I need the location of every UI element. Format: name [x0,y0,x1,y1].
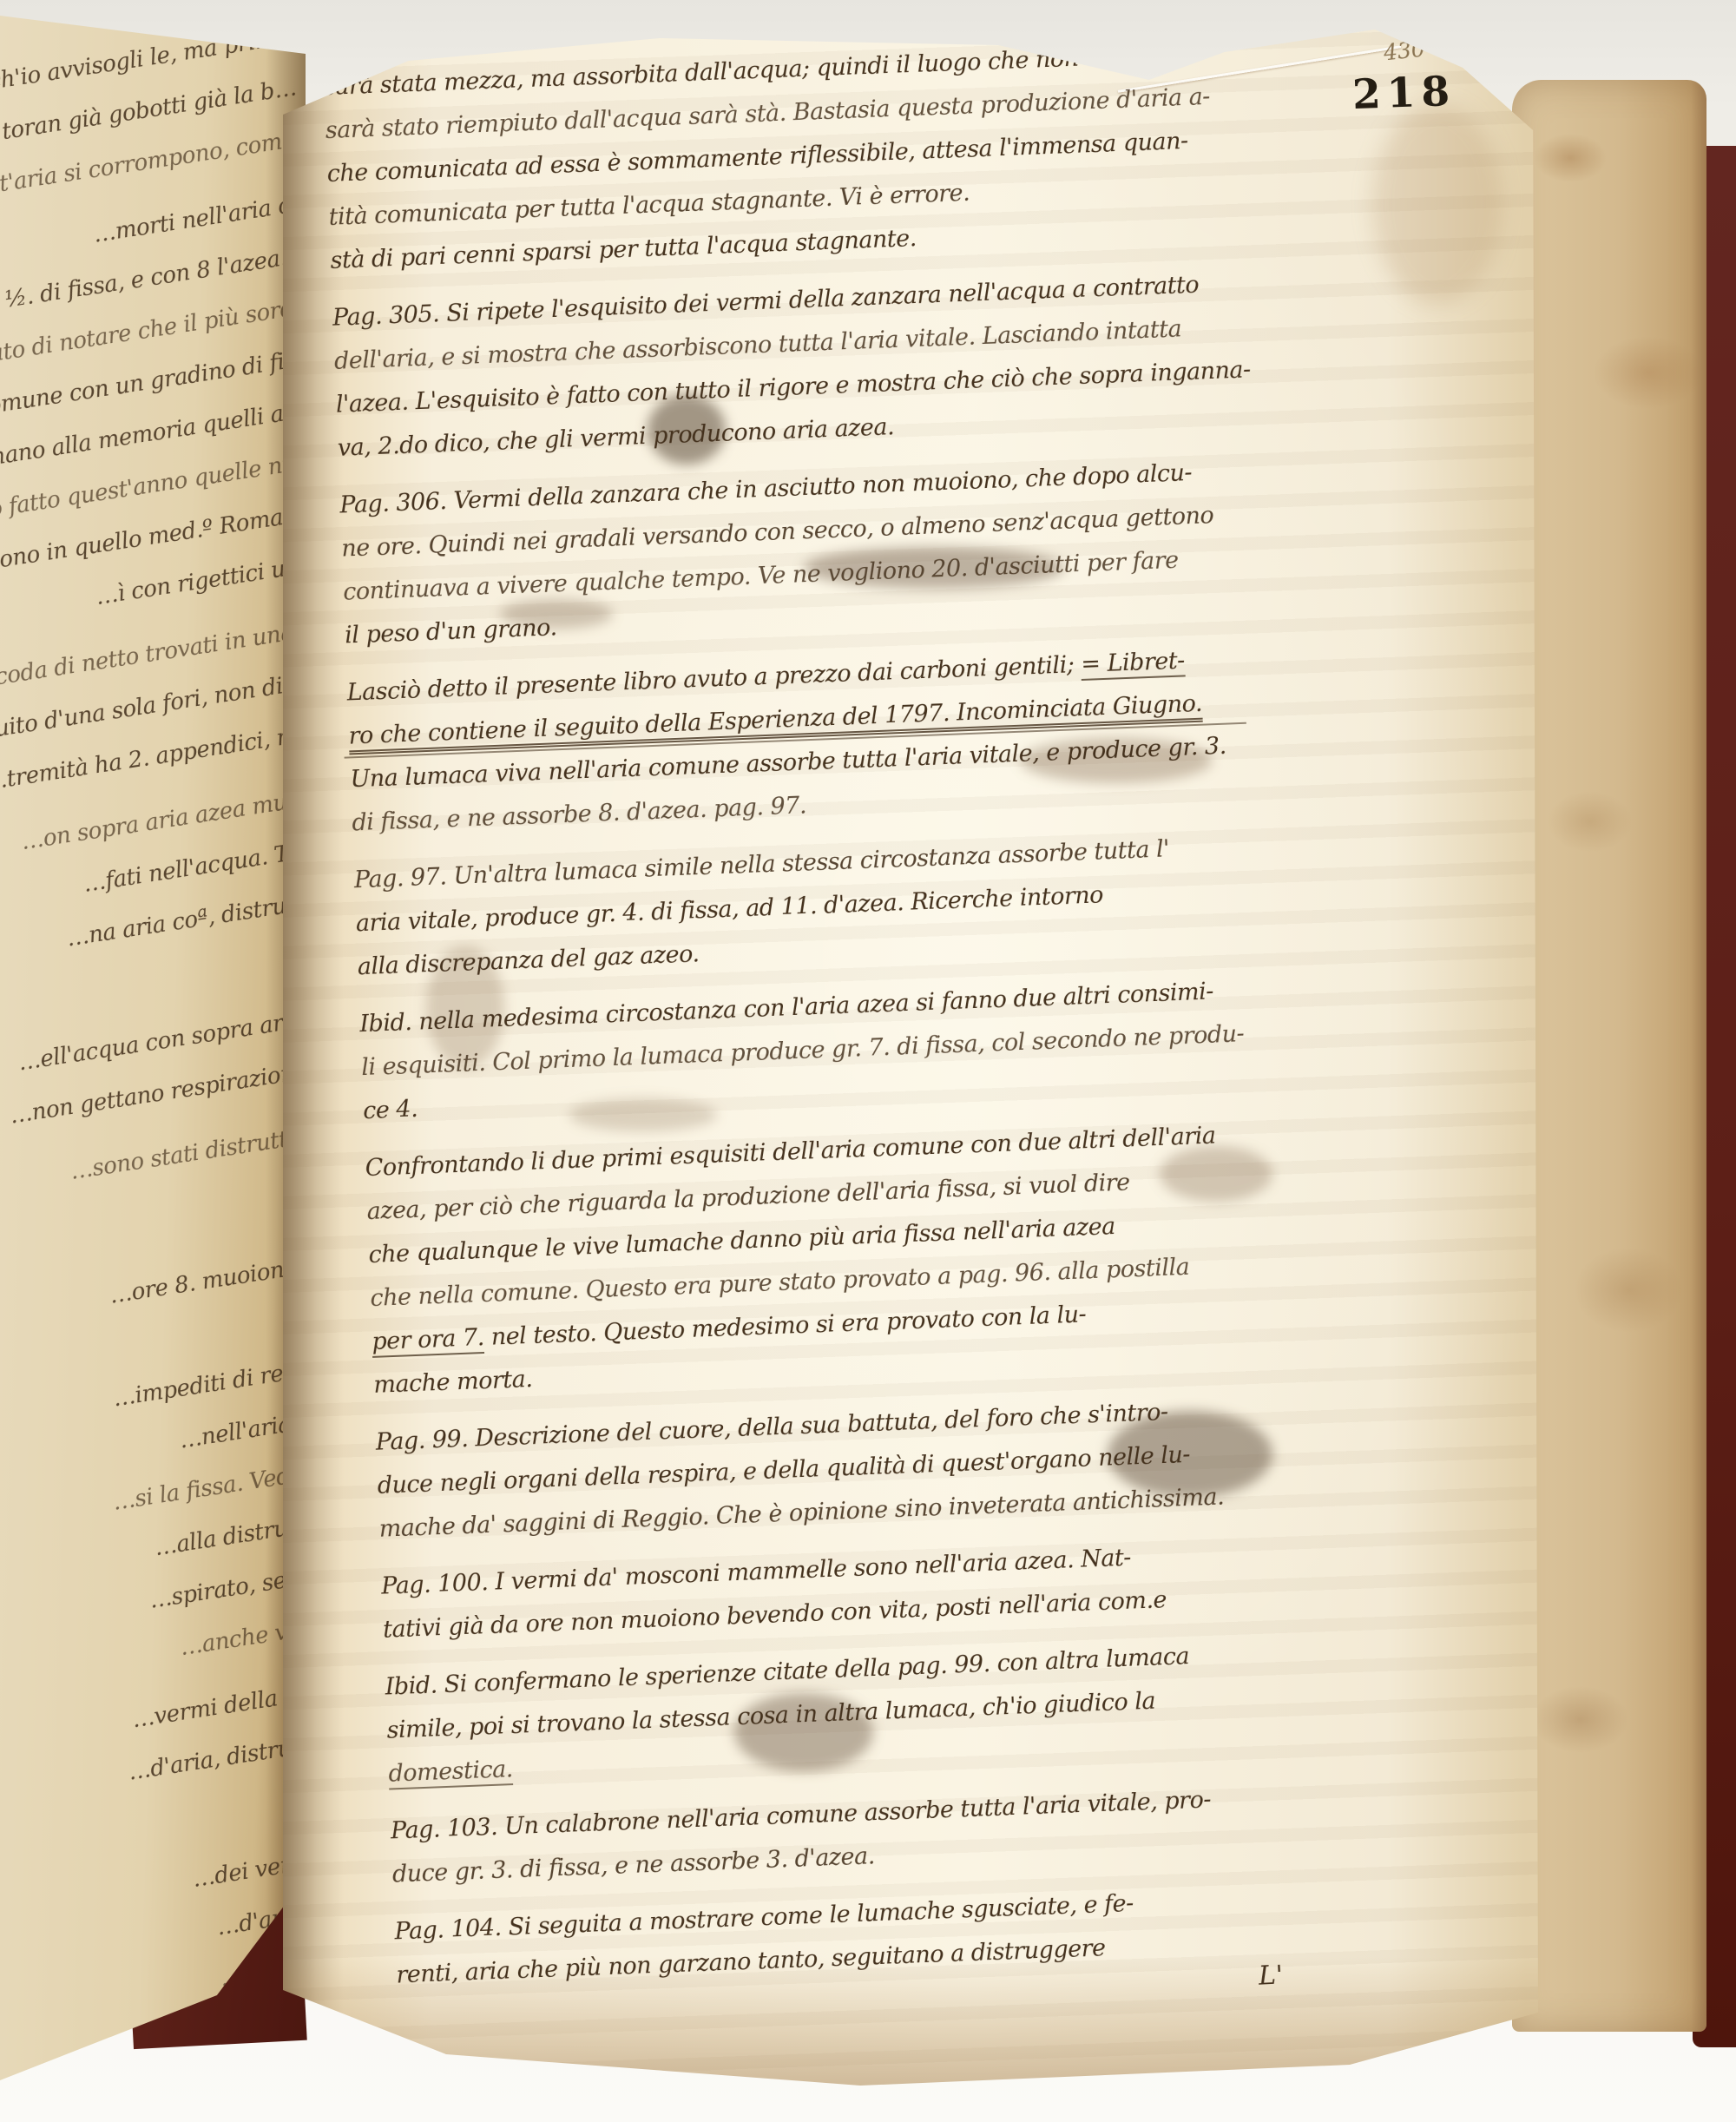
underlined-text: = Libret- [1081,647,1186,681]
underlined-text: domestica. [388,1756,513,1789]
left-page-verso: …ondo ch'io avvisogli le, ma prima…e ver… [0,0,306,2122]
catchword: L' [1258,1960,1284,1991]
underlined-text: per ora 7. [372,1324,485,1358]
page-number: 218 [1351,68,1457,119]
photograph-of-open-manuscript-book: …ondo ch'io avvisogli le, ma prima…e ver… [0,0,1736,2122]
handwritten-text: mache morta. [373,1366,533,1399]
handwritten-text: di fissa, e ne assorbe 8. d'azea. pag. 9… [352,792,807,836]
foxing-stain [1372,104,1503,304]
underlying-page-edge [1512,80,1706,2032]
corner-annotation: 430 [1383,36,1426,66]
right-page-recto: 430 218 sarà stata mezza, ma assorbita d… [283,0,1538,2122]
manuscript-text-block: sarà stata mezza, ma assorbita dall'acqu… [323,29,1362,1997]
handwritten-text: il peso d'un grano. [345,614,557,649]
handwritten-text: ce 4. [363,1096,418,1124]
handwritten-text: alla discrepanza del gaz azeo. [357,940,700,980]
